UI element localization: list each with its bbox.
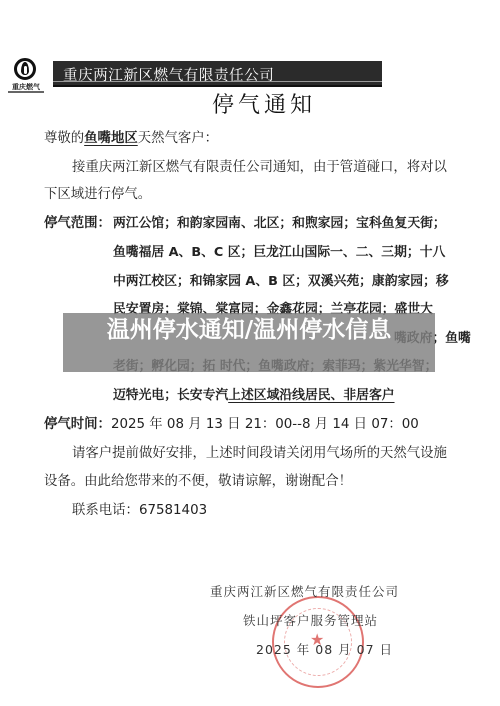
time-label: 停气时间： bbox=[44, 417, 111, 432]
signature-date: 2025 年 08 月 07 日 bbox=[256, 640, 393, 658]
scope-line-7-text: 迈特光电；长安专汽 bbox=[113, 388, 228, 403]
salutation-area: 鱼嘴地区 bbox=[84, 131, 138, 146]
scope-label: 停气范围： bbox=[44, 212, 111, 231]
outage-time: 停气时间：2025 年 08 月 13 日 21：00--8 月 14 日 07… bbox=[44, 413, 419, 432]
scope-line-7: 迈特光电；长安专汽上述区域沿线居民、非居客户 bbox=[113, 384, 395, 403]
company-name: 重庆两江新区燃气有限责任公司 bbox=[63, 64, 274, 85]
flame-inner-mark bbox=[24, 66, 27, 74]
intro-line-1: 接重庆两江新区燃气有限责任公司通知，由于管道碰口，将对以 bbox=[72, 156, 447, 175]
scope-line-2: 鱼嘴福居 A、B、C 区；巨龙江山国际一、二、三期；十八 bbox=[113, 241, 445, 260]
logo-underline bbox=[8, 91, 44, 93]
overlay-title: 温州停水通知/温州停水信息 bbox=[63, 317, 435, 344]
contact-phone: 67581403 bbox=[139, 503, 207, 518]
notice-line-1: 请客户提前做好安排，上述时间段请关闭用气场所的天然气设施 bbox=[72, 442, 447, 461]
salutation: 尊敬的鱼嘴地区天然气客户： bbox=[44, 127, 218, 146]
document-title: 停气通知 bbox=[212, 88, 316, 119]
signature-station: 铁山坪客户服务管理站 bbox=[243, 611, 378, 629]
gas-company-logo: 重庆燃气 bbox=[8, 58, 44, 96]
signature-company: 重庆两江新区燃气有限责任公司 bbox=[210, 582, 399, 600]
contact-label: 联系电话： bbox=[72, 503, 139, 518]
salutation-suffix: 天然气客户： bbox=[138, 131, 218, 146]
notice-line-2: 设备。由此给您带来的不便，敬请谅解，谢谢配合！ bbox=[44, 470, 352, 489]
scope-line-1: 两江公馆；和韵家园南、北区；和煦家园；宝科鱼复天街； bbox=[113, 212, 446, 231]
time-value: 2025 年 08 月 13 日 21：00--8 月 14 日 07：00 bbox=[111, 417, 419, 432]
salutation-prefix: 尊敬的 bbox=[44, 131, 84, 146]
notice-document: 重庆燃气 重庆两江新区燃气有限责任公司 停气通知 尊敬的鱼嘴地区天然气客户： 接… bbox=[0, 0, 500, 706]
intro-line-2: 下区域进行停气。 bbox=[44, 183, 151, 202]
title-overlay-banner: 温州停水通知/温州停水信息 bbox=[63, 313, 435, 372]
scope-line-3: 中两江校区；和锦家园 A、B 区；双溪兴苑；康韵家园；移 bbox=[113, 270, 449, 289]
company-header-bar: 重庆两江新区燃气有限责任公司 bbox=[53, 61, 382, 87]
contact: 联系电话：67581403 bbox=[72, 499, 207, 518]
scope-tail-underlined: 上述区域沿线居民、非居客户 bbox=[228, 388, 394, 403]
